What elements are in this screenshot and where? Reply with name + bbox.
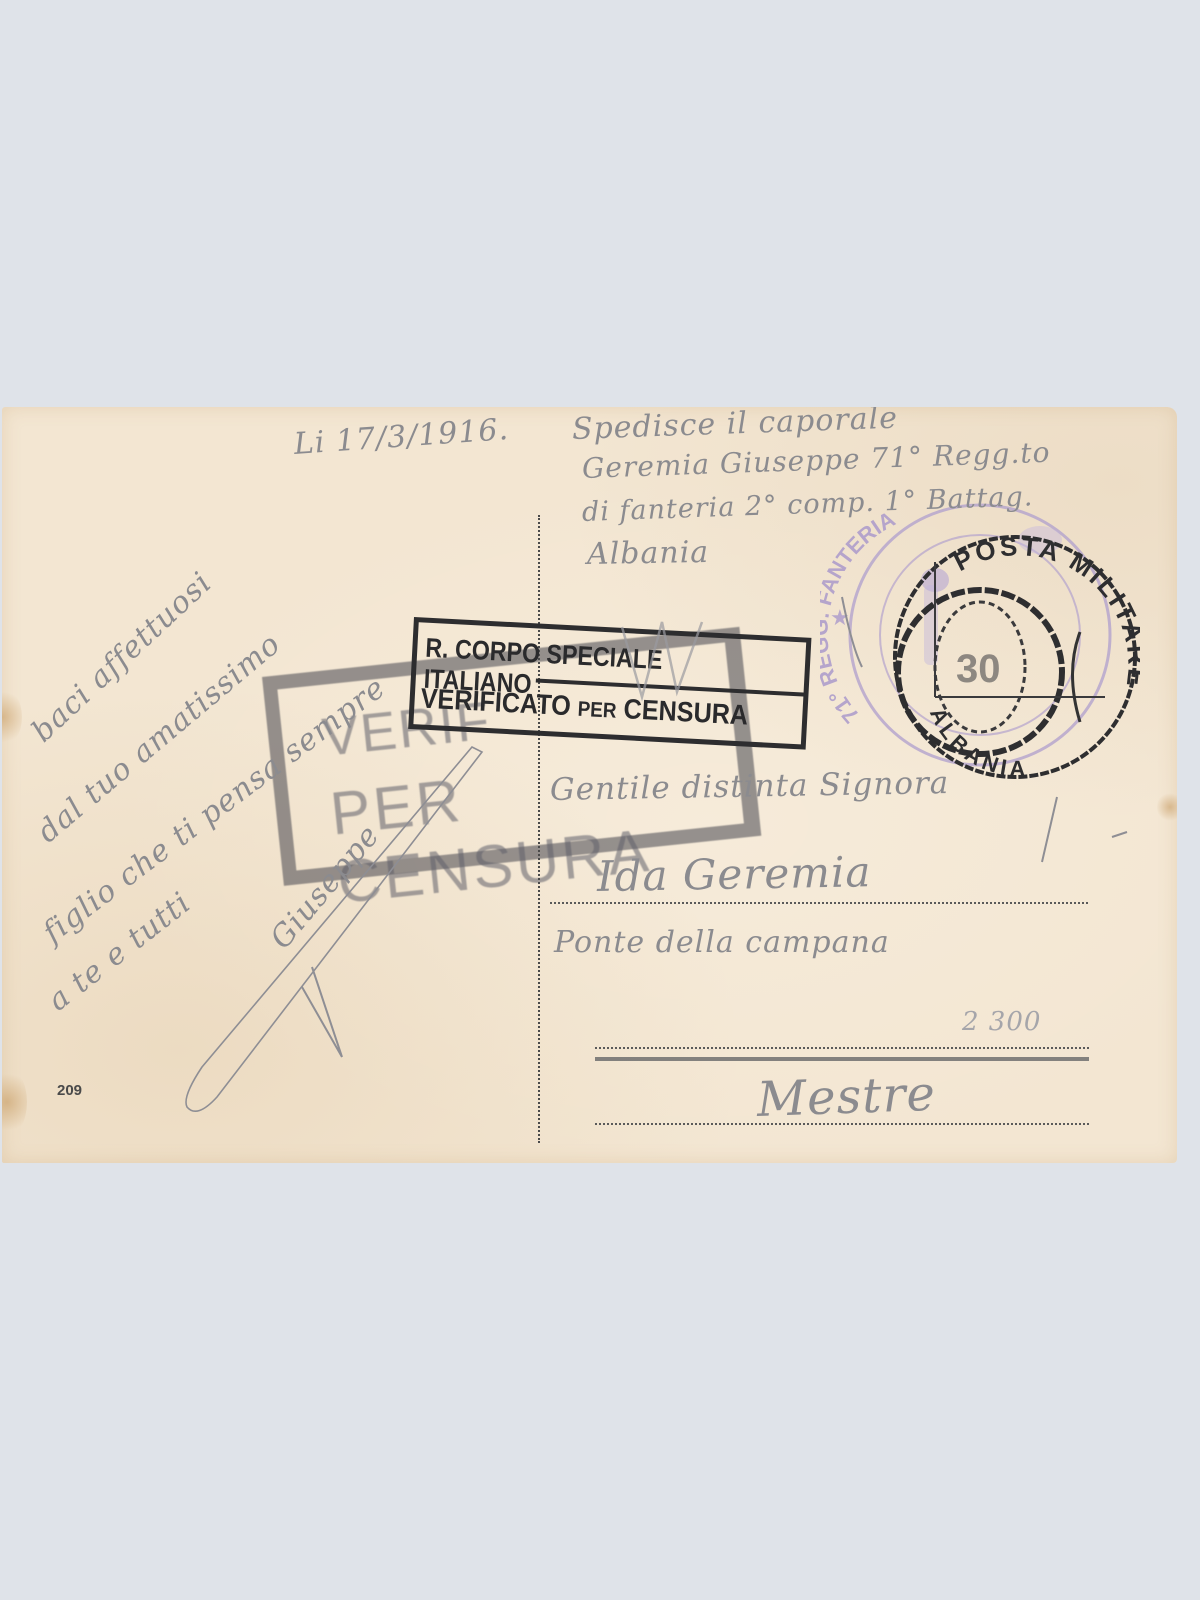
age-stain	[1157, 792, 1177, 822]
address-line-3-strike	[595, 1057, 1089, 1061]
recipient-name: Ida Geremia	[597, 847, 872, 901]
svg-text:30: 30	[956, 647, 1001, 691]
recipient-city: Mestre	[756, 1066, 937, 1128]
censor-word-censura: CENSURA	[623, 693, 749, 730]
sender-line-1: Spedisce il caporale	[571, 407, 898, 447]
pencil-note: 2 300	[962, 1007, 1041, 1037]
postcard: 71° REGG. FANTERIA ★ POSTA MILITARE ALBA…	[2, 407, 1177, 1163]
svg-text:★: ★	[830, 605, 850, 630]
date-handwritten: Li 17/3/1916.	[293, 412, 510, 462]
censor-stamp: R. CORPO SPECIALE ITALIANO VERIFICATO PE…	[408, 617, 811, 750]
message-line-2: dal tuo amatissimo	[31, 626, 288, 849]
age-stain	[2, 687, 22, 747]
sender-line-4: Albania	[587, 535, 710, 572]
recipient-salutation: Gentile distinta Signora	[550, 765, 950, 808]
military-postmark: POSTA MILITARE ALBANIA 30	[890, 532, 1140, 782]
postcard-divider	[538, 515, 540, 1143]
address-line-3	[595, 1047, 1089, 1049]
censor-word-per: PER	[577, 698, 617, 723]
address-line-1	[550, 902, 1088, 904]
censor-word-verificato: VERIFICATO	[420, 682, 572, 721]
recipient-street: Ponte della campana	[554, 925, 890, 960]
card-number: 209	[57, 1082, 82, 1099]
age-stain	[2, 1067, 27, 1137]
